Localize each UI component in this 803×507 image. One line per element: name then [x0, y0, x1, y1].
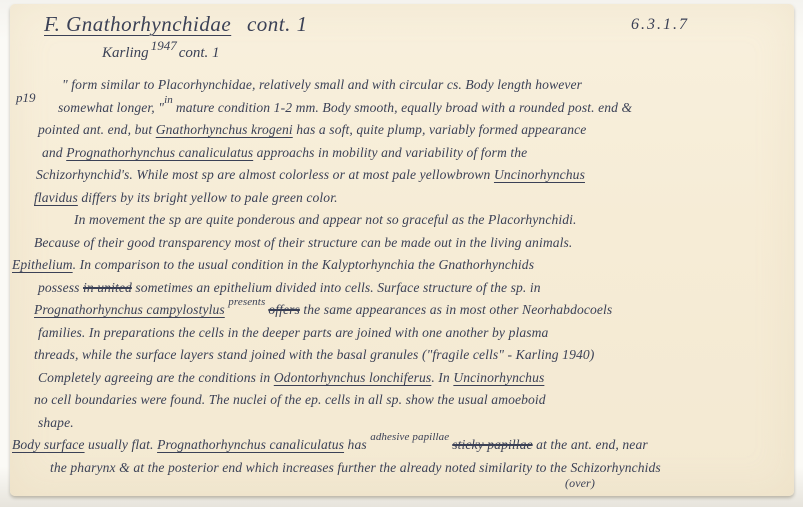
text-segment: families. In preparations the cells in t…: [38, 325, 548, 340]
scan-background: 6.3.1.7 F. Gnathorhynchidae cont. 1 Karl…: [0, 0, 803, 507]
text-segment: possess: [38, 280, 83, 295]
underlined-term: Uncinorhynchus: [494, 167, 585, 182]
family-title: F. Gnathorhynchidae: [44, 12, 231, 36]
handwritten-line-1: " form similar to Placorhynchidae, relat…: [10, 74, 788, 97]
text-segment: pointed ant. end, but: [38, 122, 156, 137]
text-segment: Because of their good transparency most …: [34, 235, 572, 250]
source-author: Karling: [102, 45, 149, 61]
source-year: 1947: [151, 38, 177, 54]
struck-out-text: offers: [268, 302, 300, 317]
handwritten-line-2: somewhat longer, "inmature condition 1-2…: [10, 97, 788, 120]
underlined-term: Odontorhynchus lonchiferus: [274, 370, 432, 385]
struck-out-text: sticky papillae: [452, 437, 532, 452]
underlined-term: Prognathorhynchus canaliculatus: [66, 145, 253, 160]
underlined-term: flavidus: [34, 190, 78, 205]
text-segment: sometimes an epithelium divided into cel…: [132, 280, 541, 295]
text-segment: Schizorhynchid's. While most sp are almo…: [36, 167, 494, 182]
text-segment: differs by its bright yellow to pale gre…: [78, 190, 338, 205]
handwritten-line-12: families. In preparations the cells in t…: [10, 322, 788, 345]
source-continuation: cont. 1: [179, 45, 220, 61]
source-citation: Karling1947cont. 1: [102, 45, 308, 62]
text-segment: no cell boundaries were found. The nucle…: [34, 392, 546, 407]
handwritten-body: " form similar to Placorhynchidae, relat…: [10, 74, 788, 492]
handwritten-line-10: possess in united sometimes an epitheliu…: [10, 277, 788, 300]
text-segment: . In comparison to the usual condition i…: [73, 257, 534, 272]
handwritten-line-13: threads, while the surface layers stand …: [10, 344, 788, 367]
handwritten-line-14: Completely agreeing are the conditions i…: [10, 367, 788, 390]
card-header: F. Gnathorhynchidae cont. 1 Karling1947c…: [44, 12, 308, 62]
handwritten-line-5: Schizorhynchid's. While most sp are almo…: [10, 164, 788, 187]
underlined-term: Prognathorhynchus canaliculatus: [157, 437, 344, 452]
title-line: F. Gnathorhynchidae cont. 1: [44, 12, 308, 37]
text-segment: approachs in mobility and variability of…: [253, 145, 527, 160]
underlined-term: Epithelium: [12, 257, 73, 272]
title-continuation: cont. 1: [247, 12, 308, 36]
underlined-term: Prognathorhynchus campylostylus: [34, 302, 225, 317]
text-segment: has a soft, quite plump, variably formed…: [293, 122, 587, 137]
handwritten-line-9: Epithelium. In comparison to the usual c…: [10, 254, 788, 277]
handwritten-line-11: Prognathorhynchus campylostylus presents…: [10, 299, 788, 322]
inserted-correction: adhesive papillae: [370, 426, 449, 449]
text-segment: has: [344, 437, 370, 452]
handwritten-line-6: flavidus differs by its bright yellow to…: [10, 187, 788, 210]
underlined-term: Gnathorhynchus krogeni: [156, 122, 293, 137]
card-reference-number: 6.3.1.7: [631, 16, 689, 34]
handwritten-line-4: and Prognathorhynchus canaliculatus appr…: [10, 142, 788, 165]
text-segment: the same appearances as in most other Ne…: [300, 302, 612, 317]
text-segment: the pharynx & at the posterior end which…: [50, 460, 661, 475]
text-segment: threads, while the surface layers stand …: [34, 347, 594, 362]
text-segment: In movement the sp are quite ponderous a…: [74, 212, 577, 227]
text-segment: usually flat.: [85, 437, 158, 452]
handwritten-line-3: pointed ant. end, but Gnathorhynchus kro…: [10, 119, 788, 142]
text-segment: mature condition 1-2 mm. Body smooth, eq…: [176, 100, 632, 115]
text-segment: . In: [431, 370, 453, 385]
handwritten-line-17: Body surface usually flat. Prognathorhyn…: [10, 434, 788, 457]
handwritten-line-7: In movement the sp are quite ponderous a…: [10, 209, 788, 232]
handwritten-line-8: Because of their good transparency most …: [10, 232, 788, 255]
text-segment: somewhat longer, ": [58, 100, 164, 115]
text-segment: at the ant. end, near: [533, 437, 648, 452]
index-card: 6.3.1.7 F. Gnathorhynchidae cont. 1 Karl…: [10, 4, 794, 496]
inserted-correction: presents: [228, 291, 265, 314]
handwritten-line-15: no cell boundaries were found. The nucle…: [10, 389, 788, 412]
inserted-correction: in: [164, 89, 173, 112]
struck-out-text: in united: [83, 280, 132, 295]
text-segment: " form similar to Placorhynchidae, relat…: [62, 77, 582, 92]
text-segment: Completely agreeing are the conditions i…: [38, 370, 274, 385]
text-segment: and: [42, 145, 66, 160]
underlined-term: Body surface: [12, 437, 85, 452]
underlined-term: Uncinorhynchus: [453, 370, 544, 385]
text-segment: shape.: [38, 415, 74, 430]
